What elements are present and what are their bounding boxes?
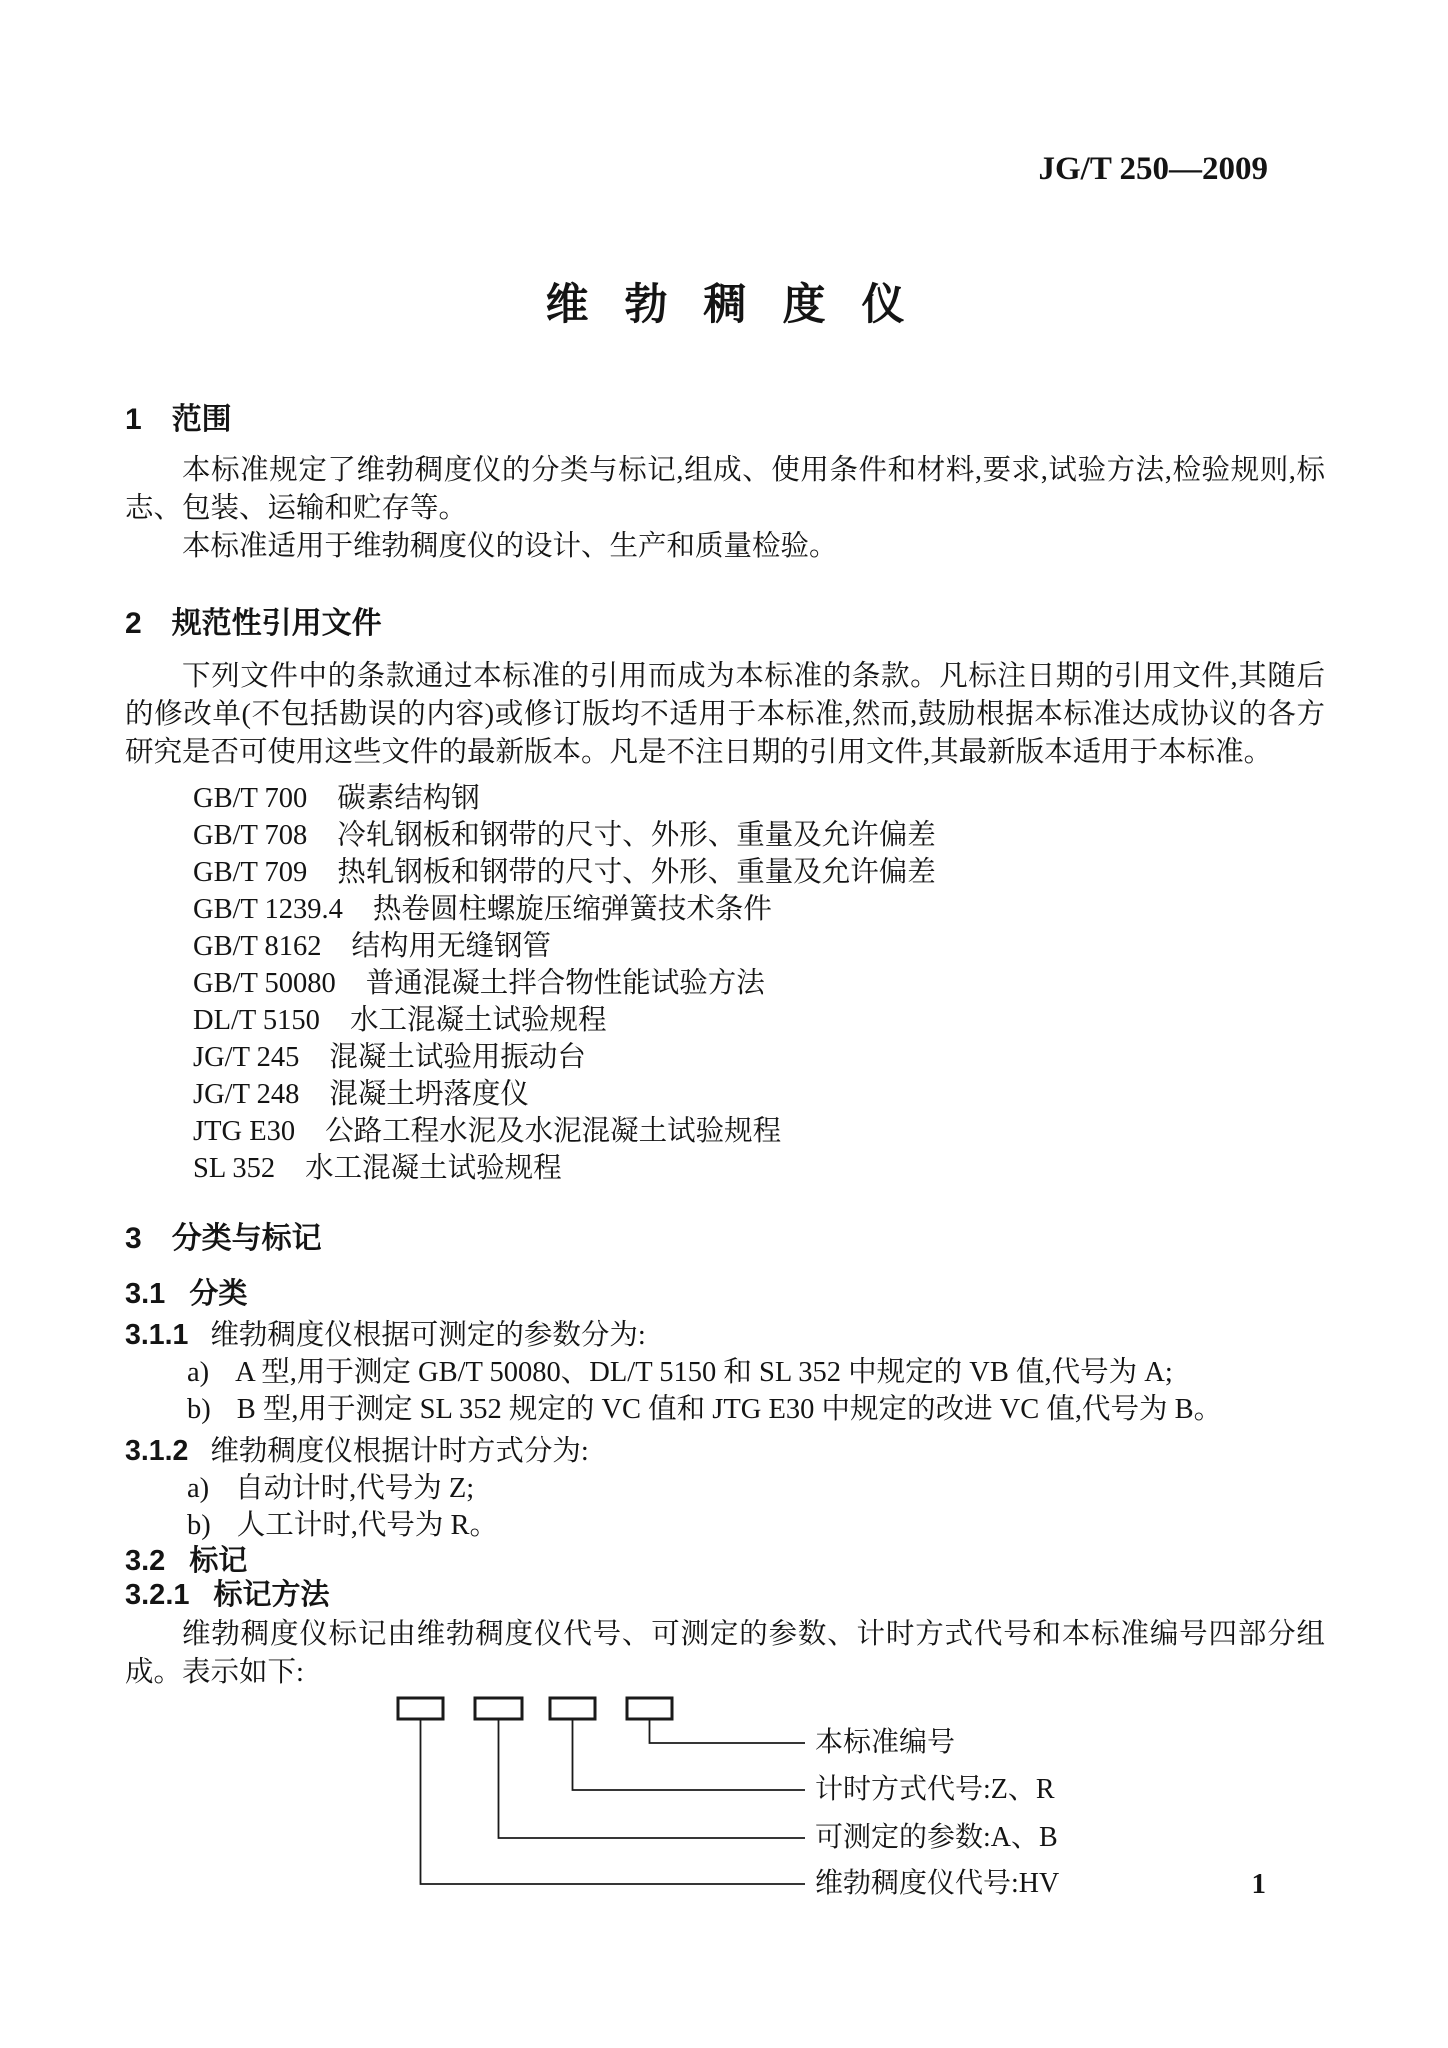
- reference-title: 水工混凝土试验规程: [305, 1153, 562, 1184]
- connector-parameter-code: [499, 1719, 806, 1838]
- section-2-heading: 2规范性引用文件: [125, 606, 1325, 642]
- section-1-paragraph-2: 本标准适用于维勃稠度仪的设计、生产和质量检验。: [125, 528, 1325, 566]
- section-3-number: 3: [125, 1222, 142, 1255]
- document-page: JG/T 250—2009 维勃稠度仪 1范围 本标准规定了维勃稠度仪的分类与标…: [0, 0, 1448, 2048]
- clause-3-2-heading: 3.2标记: [125, 1544, 1325, 1578]
- clause-3-1-title: 分类: [189, 1278, 247, 1310]
- reference-item: JG/T 245混凝土试验用振动台: [193, 1039, 1325, 1076]
- normative-references-list: GB/T 700碳素结构钢 GB/T 708冷轧钢板和钢带的尺寸、外形、重量及允…: [125, 780, 1325, 1187]
- reference-title: 碳素结构钢: [337, 783, 480, 814]
- reference-item: GB/T 8162结构用无缝钢管: [193, 928, 1325, 965]
- diagram-label-apparatus-code: 维勃稠度仪代号:HV: [815, 1869, 1059, 1899]
- section-1-number: 1: [125, 403, 142, 436]
- section-2-number: 2: [125, 607, 142, 640]
- item-text: B 型,用于测定 SL 352 规定的 VC 值和 JTG E30 中规定的改进…: [237, 1394, 1222, 1425]
- connector-standard-number: [650, 1719, 806, 1743]
- designation-diagram: 本标准编号 计时方式代号:Z、R 可测定的参数:A、B 维勃稠度仪代号:HV: [125, 1694, 1325, 1929]
- reference-title: 普通混凝土拌合物性能试验方法: [366, 968, 765, 999]
- reference-title: 热卷圆柱螺旋压缩弹簧技术条件: [373, 894, 772, 925]
- section-1-heading: 1范围: [125, 402, 1325, 438]
- reference-code: GB/T 700: [193, 783, 307, 814]
- reference-code: GB/T 1239.4: [193, 894, 343, 925]
- clause-3-1-1-text: 维勃稠度仪根据可测定的参数分为:: [210, 1320, 645, 1351]
- reference-item: SL 352水工混凝土试验规程: [193, 1150, 1325, 1187]
- reference-title: 结构用无缝钢管: [352, 931, 552, 962]
- reference-item: GB/T 709热轧钢板和钢带的尺寸、外形、重量及允许偏差: [193, 854, 1325, 891]
- reference-item: GB/T 700碳素结构钢: [193, 780, 1325, 817]
- reference-item: JG/T 248混凝土坍落度仪: [193, 1076, 1325, 1113]
- item-label: a): [187, 1357, 209, 1388]
- clause-3-1-heading: 3.1分类: [125, 1277, 1325, 1311]
- clause-3-2-1-number: 3.2.1: [125, 1579, 190, 1611]
- item-text: 自动计时,代号为 Z;: [235, 1473, 474, 1504]
- section-2-paragraph-1: 下列文件中的条款通过本标准的引用而成为本标准的条款。凡标注日期的引用文件,其随后…: [125, 658, 1325, 772]
- doc-title: 维勃稠度仪: [125, 280, 1325, 330]
- item-text: 人工计时,代号为 R。: [237, 1510, 498, 1541]
- reference-title: 冷轧钢板和钢带的尺寸、外形、重量及允许偏差: [337, 820, 936, 851]
- reference-code: GB/T 709: [193, 857, 307, 888]
- clause-3-1-2-text: 维勃稠度仪根据计时方式分为:: [210, 1436, 588, 1467]
- clause-3-1-2-number: 3.1.2: [125, 1435, 188, 1467]
- reference-title: 热轧钢板和钢带的尺寸、外形、重量及允许偏差: [337, 857, 936, 888]
- diagram-label-timing-code: 计时方式代号:Z、R: [815, 1775, 1055, 1805]
- clause-3-2-title: 标记: [189, 1545, 247, 1577]
- code-box-3: [550, 1698, 595, 1719]
- section-3-title: 分类与标记: [172, 1222, 322, 1255]
- item-text: A 型,用于测定 GB/T 50080、DL/T 5150 和 SL 352 中…: [235, 1357, 1173, 1388]
- section-2-title: 规范性引用文件: [172, 607, 382, 640]
- code-box-2: [475, 1698, 522, 1719]
- code-box-4: [627, 1698, 672, 1719]
- reference-title: 水工混凝土试验规程: [350, 1005, 607, 1036]
- reference-title: 混凝土试验用振动台: [329, 1042, 586, 1073]
- designation-intro: 维勃稠度仪标记由维勃稠度仪代号、可测定的参数、计时方式代号和本标准编号四部分组成…: [125, 1616, 1325, 1692]
- reference-item: GB/T 708冷轧钢板和钢带的尺寸、外形、重量及允许偏差: [193, 817, 1325, 854]
- reference-code: JG/T 248: [193, 1079, 299, 1110]
- list-item-a: a)A 型,用于测定 GB/T 50080、DL/T 5150 和 SL 352…: [125, 1354, 1325, 1391]
- clause-3-1-1-number: 3.1.1: [125, 1319, 188, 1351]
- item-label: b): [187, 1394, 211, 1425]
- reference-title: 混凝土坍落度仪: [329, 1079, 529, 1110]
- list-item-a: a)自动计时,代号为 Z;: [125, 1470, 1325, 1507]
- reference-code: JG/T 245: [193, 1042, 299, 1073]
- clause-3-1-2: 3.1.2维勃稠度仪根据计时方式分为:: [125, 1433, 1325, 1470]
- reference-title: 公路工程水泥及水泥混凝土试验规程: [325, 1116, 781, 1147]
- section-1-title: 范围: [172, 403, 232, 436]
- diagram-label-standard-number: 本标准编号: [815, 1728, 955, 1758]
- reference-code: GB/T 8162: [193, 931, 322, 962]
- reference-item: JTG E30公路工程水泥及水泥混凝土试验规程: [193, 1113, 1325, 1150]
- list-item-b: b)B 型,用于测定 SL 352 规定的 VC 值和 JTG E30 中规定的…: [125, 1391, 1325, 1428]
- reference-code: SL 352: [193, 1153, 275, 1184]
- reference-code: DL/T 5150: [193, 1005, 320, 1036]
- section-1-paragraph-1: 本标准规定了维勃稠度仪的分类与标记,组成、使用条件和材料,要求,试验方法,检验规…: [125, 452, 1325, 528]
- clause-3-2-1-title: 标记方法: [214, 1579, 330, 1611]
- reference-item: DL/T 5150水工混凝土试验规程: [193, 1002, 1325, 1039]
- reference-code: GB/T 708: [193, 820, 307, 851]
- reference-item: GB/T 50080普通混凝土拌合物性能试验方法: [193, 965, 1325, 1002]
- diagram-label-parameter-code: 可测定的参数:A、B: [815, 1823, 1058, 1853]
- reference-code: GB/T 50080: [193, 968, 336, 999]
- clause-3-2-1-heading: 3.2.1标记方法: [125, 1578, 1325, 1612]
- clause-3-2-number: 3.2: [125, 1545, 165, 1577]
- clause-3-1-number: 3.1: [125, 1278, 165, 1310]
- item-label: a): [187, 1473, 209, 1504]
- list-item-b: b)人工计时,代号为 R。: [125, 1507, 1325, 1544]
- designation-diagram-lines: [125, 1694, 825, 1929]
- item-label: b): [187, 1510, 211, 1541]
- connector-timing-code: [573, 1719, 806, 1790]
- reference-item: GB/T 1239.4热卷圆柱螺旋压缩弹簧技术条件: [193, 891, 1325, 928]
- page-number: 1: [1252, 1868, 1267, 1901]
- section-3-heading: 3分类与标记: [125, 1221, 1325, 1257]
- clause-3-1-1: 3.1.1维勃稠度仪根据可测定的参数分为:: [125, 1317, 1325, 1354]
- doc-number: JG/T 250—2009: [125, 152, 1325, 186]
- code-box-1: [398, 1698, 443, 1719]
- reference-code: JTG E30: [193, 1116, 295, 1147]
